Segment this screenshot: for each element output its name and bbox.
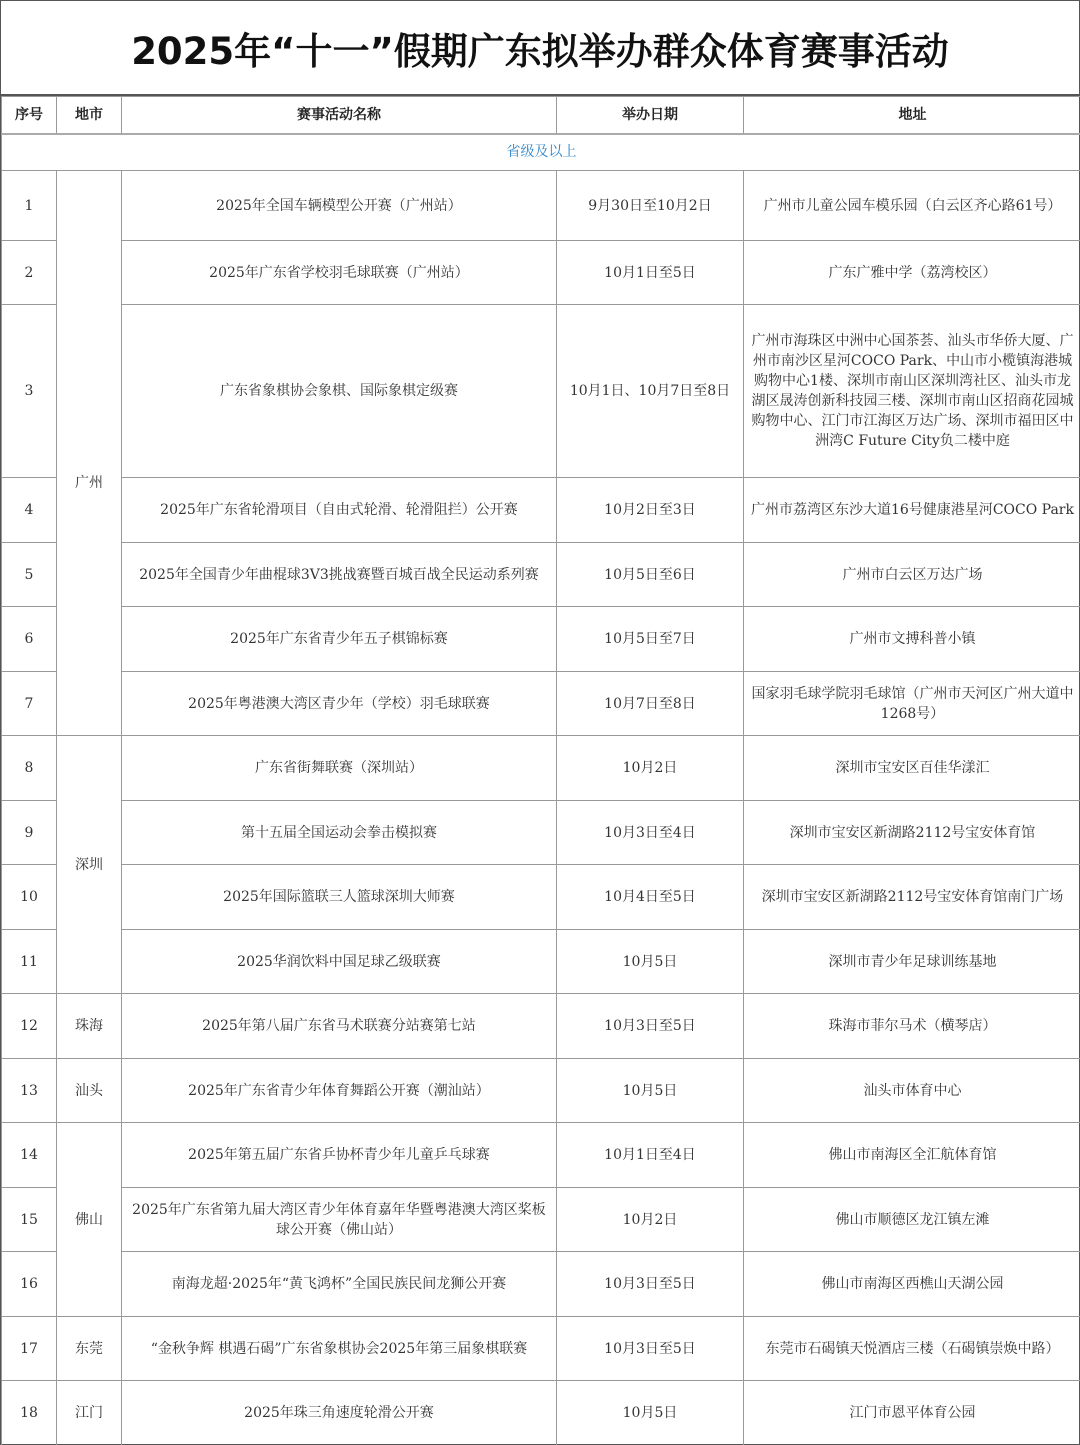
event-date: 10月3日至4日: [557, 801, 744, 865]
event-date: 10月3日至5日: [557, 1252, 744, 1317]
row-index: 18: [2, 1381, 57, 1445]
event-date: 10月5日至6日: [557, 543, 744, 607]
row-index: 2: [2, 241, 57, 305]
header-event: 赛事活动名称: [122, 97, 557, 134]
header-index: 序号: [2, 97, 57, 134]
event-name: 2025年第八届广东省马术联赛分站赛第七站: [122, 994, 557, 1059]
table-row: 12 珠海 2025年第八届广东省马术联赛分站赛第七站 10月3日至5日 珠海市…: [2, 994, 1080, 1059]
event-name: 2025年珠三角速度轮滑公开赛: [122, 1381, 557, 1445]
row-index: 9: [2, 801, 57, 865]
event-name: 2025年广东省第九届大湾区青少年体育嘉年华暨粤港澳大湾区桨板球公开赛（佛山站）: [122, 1188, 557, 1252]
city-label: 广州: [75, 475, 103, 491]
row-index: 11: [2, 930, 57, 994]
row-index: 6: [2, 607, 57, 672]
table-row: 9 第十五届全国运动会拳击模拟赛 10月3日至4日 深圳市宝安区新湖路2112号…: [2, 801, 1080, 865]
city-cell: 汕头: [57, 1059, 122, 1123]
row-index: 4: [2, 478, 57, 543]
table-row: 1 广州 2025年全国车辆模型公开赛（广州站） 9月30日至10月2日 广州市…: [2, 171, 1080, 241]
table-row: 13 汕头 2025年广东省青少年体育舞蹈公开赛（潮汕站） 10月5日 汕头市体…: [2, 1059, 1080, 1123]
header-date: 举办日期: [557, 97, 744, 134]
event-date: 10月5日至7日: [557, 607, 744, 672]
table-row: 5 2025年全国青少年曲棍球3V3挑战赛暨百城百战全民运动系列赛 10月5日至…: [2, 543, 1080, 607]
event-address: 广州市文搏科普小镇: [744, 607, 1080, 672]
city-label: 珠海: [75, 1018, 103, 1034]
event-name: 广东省象棋协会象棋、国际象棋定级赛: [122, 305, 557, 478]
row-index: 7: [2, 672, 57, 736]
event-date: 10月7日至8日: [557, 672, 744, 736]
row-index: 15: [2, 1188, 57, 1252]
row-index: 10: [2, 865, 57, 930]
event-date: 10月5日: [557, 930, 744, 994]
row-index: 16: [2, 1252, 57, 1317]
event-address: 深圳市宝安区新湖路2112号宝安体育馆: [744, 801, 1080, 865]
event-name: 2025年广东省学校羽毛球联赛（广州站）: [122, 241, 557, 305]
section-label: 省级及以上: [2, 134, 1080, 171]
event-name: “金秋争辉 棋遇石碣”广东省象棋协会2025年第三届象棋联赛: [122, 1317, 557, 1381]
event-date: 10月2日至3日: [557, 478, 744, 543]
city-cell: 深圳: [57, 736, 122, 994]
event-address: 佛山市顺德区龙江镇左滩: [744, 1188, 1080, 1252]
table-row: 4 2025年广东省轮滑项目（自由式轮滑、轮滑阻拦）公开赛 10月2日至3日 广…: [2, 478, 1080, 543]
header-city: 地市: [57, 97, 122, 134]
event-address: 国家羽毛球学院羽毛球馆（广州市天河区广州大道中1268号）: [744, 672, 1080, 736]
event-date: 9月30日至10月2日: [557, 171, 744, 241]
city-label: 深圳: [75, 857, 103, 873]
city-cell: 江门: [57, 1381, 122, 1445]
event-name: 2025年粤港澳大湾区青少年（学校）羽毛球联赛: [122, 672, 557, 736]
event-address: 广州市海珠区中洲中心国茶荟、汕头市华侨大厦、广州市南沙区星河COCO Park、…: [744, 305, 1080, 478]
event-address: 佛山市南海区西樵山天湖公园: [744, 1252, 1080, 1317]
city-label: 汕头: [75, 1083, 103, 1099]
row-index: 13: [2, 1059, 57, 1123]
table-row: 8 深圳 广东省街舞联赛（深圳站） 10月2日 深圳市宝安区百佳华漾汇: [2, 736, 1080, 801]
table-row: 7 2025年粤港澳大湾区青少年（学校）羽毛球联赛 10月7日至8日 国家羽毛球…: [2, 672, 1080, 736]
table-row: 15 2025年广东省第九届大湾区青少年体育嘉年华暨粤港澳大湾区桨板球公开赛（佛…: [2, 1188, 1080, 1252]
event-address: 广州市白云区万达广场: [744, 543, 1080, 607]
event-address: 东莞市石碣镇天悦酒店三楼（石碣镇崇焕中路）: [744, 1317, 1080, 1381]
event-address: 珠海市菲尔马术（横琴店）: [744, 994, 1080, 1059]
event-name: 第十五届全国运动会拳击模拟赛: [122, 801, 557, 865]
city-cell: 佛山: [57, 1123, 122, 1317]
event-address: 汕头市体育中心: [744, 1059, 1080, 1123]
table-row: 17 东莞 “金秋争辉 棋遇石碣”广东省象棋协会2025年第三届象棋联赛 10月…: [2, 1317, 1080, 1381]
row-index: 3: [2, 305, 57, 478]
document-page: 2025年“十一”假期广东拟举办群众体育赛事活动 序号 地市 赛事活动名称 举办…: [0, 0, 1080, 1445]
event-date: 10月3日至5日: [557, 1317, 744, 1381]
row-index: 17: [2, 1317, 57, 1381]
event-date: 10月3日至5日: [557, 994, 744, 1059]
event-address: 佛山市南海区全汇航体育馆: [744, 1123, 1080, 1188]
event-date: 10月1日至5日: [557, 241, 744, 305]
table-row: 10 2025年国际篮联三人篮球深圳大师赛 10月4日至5日 深圳市宝安区新湖路…: [2, 865, 1080, 930]
row-index: 1: [2, 171, 57, 241]
row-index: 14: [2, 1123, 57, 1188]
row-index: 12: [2, 994, 57, 1059]
event-address: 江门市恩平体育公园: [744, 1381, 1080, 1445]
table-row: 18 江门 2025年珠三角速度轮滑公开赛 10月5日 江门市恩平体育公园: [2, 1381, 1080, 1445]
event-name: 2025年全国车辆模型公开赛（广州站）: [122, 171, 557, 241]
row-index: 8: [2, 736, 57, 801]
event-address: 深圳市宝安区百佳华漾汇: [744, 736, 1080, 801]
event-address: 深圳市宝安区新湖路2112号宝安体育馆南门广场: [744, 865, 1080, 930]
event-address: 广州市荔湾区东沙大道16号健康港星河COCO Park: [744, 478, 1080, 543]
events-table: 序号 地市 赛事活动名称 举办日期 地址 省级及以上 1 广州 2025年全国车…: [1, 96, 1080, 1445]
event-date: 10月1日至4日: [557, 1123, 744, 1188]
event-date: 10月2日: [557, 1188, 744, 1252]
event-address: 广东广雅中学（荔湾校区）: [744, 241, 1080, 305]
event-name: 广东省街舞联赛（深圳站）: [122, 736, 557, 801]
event-name: 2025年广东省轮滑项目（自由式轮滑、轮滑阻拦）公开赛: [122, 478, 557, 543]
event-date: 10月2日: [557, 736, 744, 801]
table-row: 14 佛山 2025年第五届广东省乒协杯青少年儿童乒乓球赛 10月1日至4日 佛…: [2, 1123, 1080, 1188]
header-address: 地址: [744, 97, 1080, 134]
event-date: 10月4日至5日: [557, 865, 744, 930]
event-date: 10月5日: [557, 1059, 744, 1123]
city-label: 江门: [75, 1405, 103, 1421]
table-row: 3 广东省象棋协会象棋、国际象棋定级赛 10月1日、10月7日至8日 广州市海珠…: [2, 305, 1080, 478]
table-row: 6 2025年广东省青少年五子棋锦标赛 10月5日至7日 广州市文搏科普小镇: [2, 607, 1080, 672]
event-address: 广州市儿童公园车模乐园（白云区齐心路61号）: [744, 171, 1080, 241]
event-date: 10月5日: [557, 1381, 744, 1445]
event-name: 2025年全国青少年曲棍球3V3挑战赛暨百城百战全民运动系列赛: [122, 543, 557, 607]
event-name: 南海龙超·2025年“黄飞鸿杯”全国民族民间龙狮公开赛: [122, 1252, 557, 1317]
table-header-row: 序号 地市 赛事活动名称 举办日期 地址: [2, 97, 1080, 134]
city-label: 东莞: [75, 1341, 103, 1357]
page-title: 2025年“十一”假期广东拟举办群众体育赛事活动: [1, 1, 1079, 96]
event-address: 深圳市青少年足球训练基地: [744, 930, 1080, 994]
event-date: 10月1日、10月7日至8日: [557, 305, 744, 478]
city-cell: 东莞: [57, 1317, 122, 1381]
row-index: 5: [2, 543, 57, 607]
city-label: 佛山: [75, 1212, 103, 1228]
event-name: 2025年广东省青少年体育舞蹈公开赛（潮汕站）: [122, 1059, 557, 1123]
city-cell: 珠海: [57, 994, 122, 1059]
table-row: 11 2025华润饮料中国足球乙级联赛 10月5日 深圳市青少年足球训练基地: [2, 930, 1080, 994]
table-row: 16 南海龙超·2025年“黄飞鸿杯”全国民族民间龙狮公开赛 10月3日至5日 …: [2, 1252, 1080, 1317]
event-name: 2025年第五届广东省乒协杯青少年儿童乒乓球赛: [122, 1123, 557, 1188]
city-cell: 广州: [57, 171, 122, 736]
section-row: 省级及以上: [2, 134, 1080, 171]
event-name: 2025年国际篮联三人篮球深圳大师赛: [122, 865, 557, 930]
event-name: 2025华润饮料中国足球乙级联赛: [122, 930, 557, 994]
event-name: 2025年广东省青少年五子棋锦标赛: [122, 607, 557, 672]
table-row: 2 2025年广东省学校羽毛球联赛（广州站） 10月1日至5日 广东广雅中学（荔…: [2, 241, 1080, 305]
